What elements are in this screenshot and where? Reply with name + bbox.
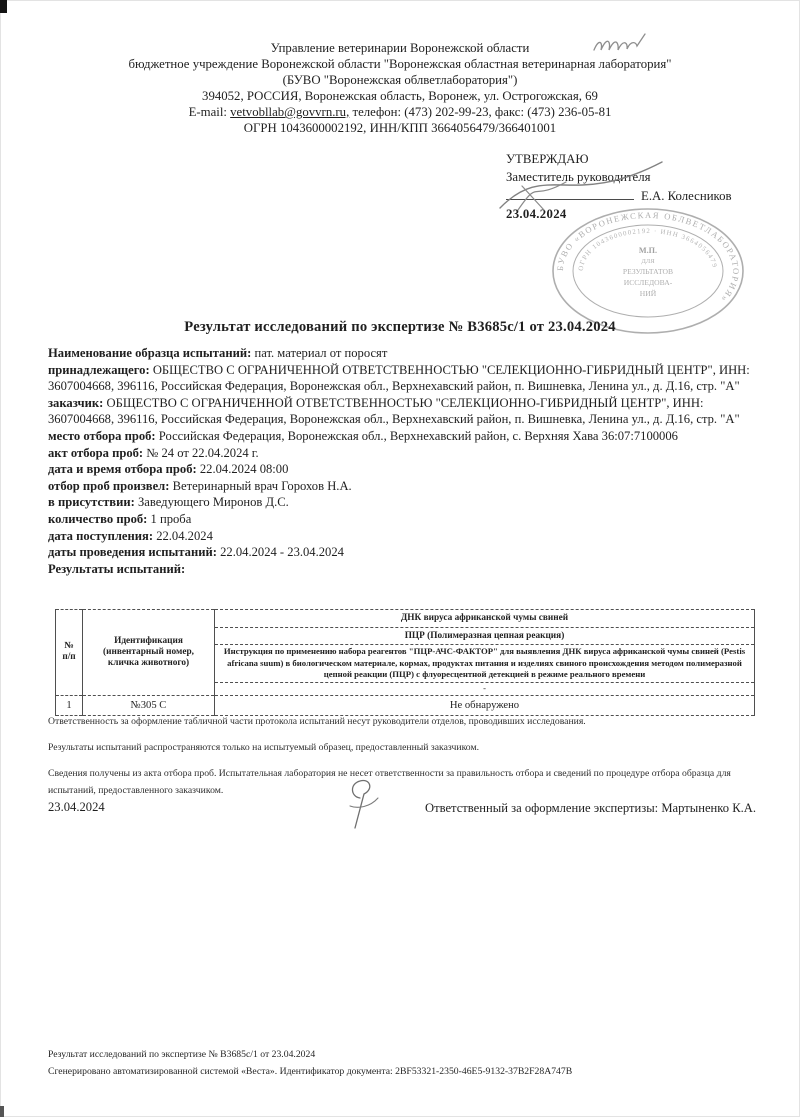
stamp-outer-ring-text: БУВО «ВОРОНЕЖСКАЯ ОБЛВЕТЛАБОРАТОРИЯ»: [555, 210, 741, 305]
document-title: Результат исследований по экспертизе № В…: [0, 319, 800, 336]
signoff-date: 23.04.2024: [48, 800, 105, 815]
sub-row: -: [215, 682, 755, 695]
footer-generated-by: Сгенерировано автоматизированной системо…: [48, 1064, 572, 1081]
org-registration-numbers: ОГРН 1043600002192, ИНН/КПП 3664056479/3…: [0, 120, 800, 136]
letterhead: Управление ветеринарии Воронежской облас…: [0, 40, 800, 136]
org-address: 394052, РОССИЯ, Воронежская область, Вор…: [0, 88, 800, 104]
approver-name: Е.А. Колесников: [641, 189, 732, 203]
detail-sample-name: Наименование образца испытаний: пат. мат…: [48, 345, 756, 362]
org-name-line1: Управление ветеринарии Воронежской облас…: [0, 40, 800, 56]
method-detail-header: Инструкция по применению набора реагенто…: [215, 645, 755, 683]
signoff-label: Ответственный за оформление экспертизы: …: [425, 801, 756, 816]
test-name-header: ДНК вируса африканской чумы свиней: [215, 610, 755, 628]
approver-position: Заместитель руководителя: [506, 168, 732, 186]
detail-customer: заказчик: ОБЩЕСТВО С ОГРАНИЧЕННОЙ ОТВЕТС…: [48, 395, 756, 428]
results-table-wrap: № п/п Идентификация (инвентарный номер, …: [55, 609, 755, 716]
email-label: E-mail:: [189, 105, 227, 119]
col-header-identification: Идентификация (инвентарный номер, кличка…: [83, 610, 215, 696]
stamp-center-nij: НИЙ: [640, 289, 657, 298]
detail-witness: в присутствии: Заведующего Миронов Д.С.: [48, 494, 756, 511]
svg-text:БУВО «ВОРОНЕЖСКАЯ ОБЛВЕТЛАБОРА: БУВО «ВОРОНЕЖСКАЯ ОБЛВЕТЛАБОРАТОРИЯ»: [555, 210, 741, 305]
footer-expertise-ref: Результат исследований по экспертизе № В…: [48, 1047, 572, 1064]
scan-artifact-top-left: [0, 0, 7, 13]
stamp-center-issledova: ИССЛЕДОВА-: [624, 278, 673, 287]
phone-fax: телефон: (473) 202-99-23, факс: (473) 23…: [352, 105, 611, 119]
svg-text:ОГРН 1043600002192 · ИНН 36640: ОГРН 1043600002192 · ИНН 3664056479: [578, 228, 718, 271]
approval-block: УТВЕРЖДАЮ Заместитель руководителя Е.А. …: [506, 150, 732, 223]
detail-sampling-datetime: дата и время отбора проб: 22.04.2024 08:…: [48, 461, 756, 478]
detail-receipt-date: дата поступления: 22.04.2024: [48, 528, 756, 545]
stamp-inner-ring-text: ОГРН 1043600002192 · ИНН 3664056479: [578, 228, 718, 271]
row-result-cell: Не обнаружено: [215, 695, 755, 715]
results-table: № п/п Идентификация (инвентарный номер, …: [55, 609, 755, 716]
org-contacts: E-mail: vetvobllab@govvrn.ru, телефон: (…: [0, 104, 800, 120]
handwritten-scribble: [590, 24, 668, 56]
row-id-cell: №305 С: [83, 695, 215, 715]
detail-owner: принадлежащего: ОБЩЕСТВО С ОГРАНИЧЕННОЙ …: [48, 362, 756, 395]
note-responsibility: Ответственность за оформление табличной …: [48, 714, 760, 731]
notes-block: Ответственность за оформление табличной …: [48, 714, 760, 809]
results-heading: Результаты испытаний:: [48, 561, 756, 578]
table-row: 1 №305 С Не обнаружено: [56, 695, 755, 715]
details-block: Наименование образца испытаний: пат. мат…: [48, 345, 756, 577]
detail-sample-count: количество проб: 1 проба: [48, 511, 756, 528]
stamp-center-dlya: ДЛЯ: [641, 258, 655, 265]
detail-sampler: отбор проб произвел: Ветеринарный врач Г…: [48, 478, 756, 495]
email-link[interactable]: vetvobllab@govvrn.ru,: [230, 105, 349, 119]
scan-artifact-bottom-left: [0, 1106, 4, 1117]
approval-date: 23.04.2024: [506, 205, 732, 223]
approve-label: УТВЕРЖДАЮ: [506, 150, 732, 168]
stamp-center-rezultatov: РЕЗУЛЬТАТОВ: [623, 267, 673, 276]
method-header: ПЦР (Полимеразная цепная реакция): [215, 628, 755, 645]
col-header-number: № п/п: [56, 610, 83, 696]
note-scope: Результаты испытаний распространяются то…: [48, 740, 760, 757]
org-name-line2: бюджетное учреждение Воронежской области…: [0, 56, 800, 72]
row-number-cell: 1: [56, 695, 83, 715]
org-name-line3: (БУВО "Воронежская облветлаборатория"): [0, 72, 800, 88]
page-footer: Результат исследований по экспертизе № В…: [48, 1047, 572, 1080]
signature-underline: [506, 186, 634, 200]
scanned-document-page: Управление ветеринарии Воронежской облас…: [0, 0, 800, 1117]
signature-line: Е.А. Колесников: [506, 186, 732, 205]
detail-test-dates: даты проведения испытаний: 22.04.2024 - …: [48, 544, 756, 561]
stamp-center-mp: М.П.: [639, 246, 657, 255]
note-sampling-disclaimer: Сведения получены из акта отбора проб. И…: [48, 766, 760, 800]
detail-sampling-act: акт отбора проб: № 24 от 22.04.2024 г.: [48, 445, 756, 462]
detail-sampling-place: место отбора проб: Российская Федерация,…: [48, 428, 756, 445]
